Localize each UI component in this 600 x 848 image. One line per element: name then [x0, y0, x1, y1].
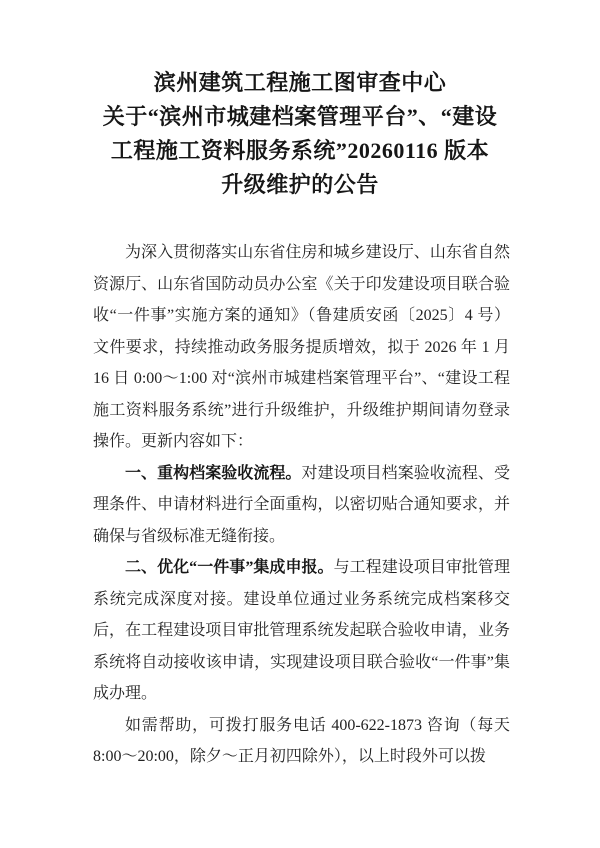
paragraph-help: 如需帮助，可拨打服务电话 400-622-1873 咨询（每天 8:00～20:…	[93, 710, 510, 773]
paragraph-item-2: 二、优化“一件事”集成申报。与工程建设项目审批管理系统完成深度对接。建设单位通过…	[93, 552, 510, 710]
paragraph-intro: 为深入贯彻落实山东省住房和城乡建设厅、山东省自然资源厅、山东省国防动员办公室《关…	[93, 237, 510, 458]
title-line-3: 工程施工资料服务系统”20260116 版本	[0, 134, 600, 168]
title-line-4: 升级维护的公告	[0, 168, 600, 202]
paragraph-intro-text: 为深入贯彻落实山东省住房和城乡建设厅、山东省自然资源厅、山东省国防动员办公室《关…	[93, 244, 510, 450]
document-title: 滨州建筑工程施工图审查中心 关于“滨州市城建档案管理平台”、“建设 工程施工资料…	[0, 66, 600, 202]
paragraph-item-2-text: 与工程建设项目审批管理系统完成深度对接。建设单位通过业务系统完成档案移交后，在工…	[93, 559, 510, 702]
document-page: 滨州建筑工程施工图审查中心 关于“滨州市城建档案管理平台”、“建设 工程施工资料…	[0, 0, 600, 848]
paragraph-item-1: 一、重构档案验收流程。对建设项目档案验收流程、受理条件、申请材料进行全面重构，以…	[93, 458, 510, 553]
paragraph-help-text: 如需帮助，可拨打服务电话 400-622-1873 咨询（每天 8:00～20:…	[93, 717, 510, 766]
title-line-1: 滨州建筑工程施工图审查中心	[0, 66, 600, 100]
paragraph-item-1-lead: 一、重构档案验收流程。	[125, 465, 301, 482]
paragraph-item-2-lead: 二、优化“一件事”集成申报。	[125, 559, 334, 576]
document-body: 为深入贯彻落实山东省住房和城乡建设厅、山东省自然资源厅、山东省国防动员办公室《关…	[93, 237, 510, 773]
title-line-2: 关于“滨州市城建档案管理平台”、“建设	[0, 100, 600, 134]
